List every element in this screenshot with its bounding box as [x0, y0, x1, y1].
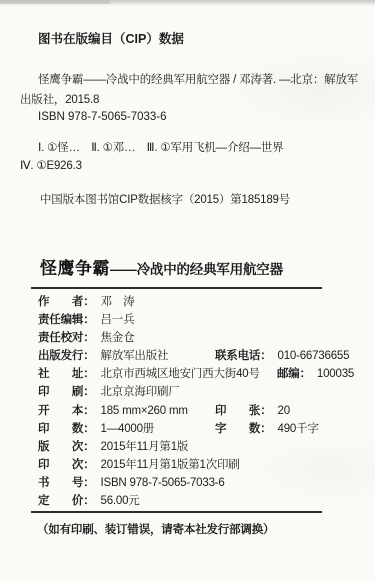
book-title-subtitle: ——冷战中的经典军用航空器 [110, 262, 283, 277]
field-label: 印 数： [38, 423, 95, 435]
divider-top [31, 287, 322, 289]
field-label: 字 数： [215, 423, 272, 435]
book-title: 怪鹰争霸——冷战中的经典军用航空器 [40, 254, 283, 279]
exchange-note: （如有印刷、装订错误，请寄本社发行部调换） [37, 521, 274, 537]
field-value: 100035 [317, 368, 354, 380]
field-label: 印 刷： [38, 386, 95, 398]
colophon-row-format: 开 本：185 mm×260 mm 印 张：20 [38, 402, 354, 420]
field-value: 490千字 [278, 423, 319, 435]
colophon-row-publisher: 出版发行：解放军出版社 联系电话：010-66736655 [38, 347, 354, 365]
field-label: 开 本： [38, 405, 95, 417]
colophon-row-proofreader: 责任校对：焦金仓 [38, 329, 354, 347]
field-label: 印 次： [38, 459, 95, 471]
field-label: 责任编辑： [38, 314, 95, 326]
field-label: 作 者： [38, 296, 95, 308]
field-label: 版 次： [38, 441, 95, 453]
divider-bottom [31, 511, 322, 513]
field-secondary: 邮编：100035 [277, 368, 354, 380]
field-value: 北京市西城区地安门西大街40号 [101, 368, 260, 380]
cip-record-number: 中国版本图书馆CIP数据核字（2015）第185189号 [40, 191, 290, 207]
cip-header: 图书在版编目（CIP）数据 [38, 29, 184, 47]
cip-entry-line2: 出版社，2015.8 [20, 91, 99, 107]
book-title-name: 怪鹰争霸 [40, 259, 110, 278]
field-value: 北京京海印刷厂 [101, 386, 180, 398]
field-secondary: 印 张：20 [215, 402, 290, 420]
field-secondary: 字 数：490千字 [215, 420, 319, 438]
field-label: 定 价： [38, 495, 95, 507]
field-value: 吕一兵 [101, 314, 135, 326]
colophon: 作 者：邓 涛 责任编辑：吕一兵 责任校对：焦金仓 出版发行：解放军出版社 联系… [38, 293, 354, 510]
field-label: 出版发行： [38, 350, 95, 362]
field-label: 责任校对： [38, 332, 95, 344]
field-secondary: 联系电话：010-66736655 [215, 347, 349, 365]
field-value: 2015年11月第1版第1次印刷 [101, 459, 240, 471]
colophon-row-address: 社 址：北京市西城区地安门西大街40号 邮编：100035 [38, 365, 354, 383]
scan-edge-shadow-left [0, 0, 110, 4]
field-label: 印 张： [215, 405, 272, 417]
colophon-row-author: 作 者：邓 涛 [38, 293, 354, 311]
colophon-row-edition: 版 次：2015年11月第1版 [38, 438, 354, 456]
field-value: 焦金仓 [101, 332, 135, 344]
field-label: 社 址： [38, 368, 95, 380]
colophon-row-print-run: 印 数：1—4000册 字 数：490千字 [38, 420, 354, 438]
field-value: 解放军出版社 [101, 350, 169, 362]
copyright-page: 图书在版编目（CIP）数据 怪鹰争霸——冷战中的经典军用航空器 / 邓涛著. —… [0, 0, 375, 581]
colophon-row-isbn: 书 号：ISBN 978-7-5065-7033-6 [38, 474, 354, 492]
field-value: 1—4000册 [101, 423, 155, 435]
field-value: ISBN 978-7-5065-7033-6 [101, 477, 225, 489]
colophon-row-impression: 印 次：2015年11月第1版第1次印刷 [38, 456, 354, 474]
field-value: 56.00元 [101, 495, 140, 507]
field-value: 20 [278, 405, 290, 417]
field-label: 书 号： [38, 477, 95, 489]
cip-classification-line2: Ⅳ. ①E926.3 [20, 158, 82, 172]
field-label: 联系电话： [215, 350, 272, 362]
field-label: 邮编： [277, 368, 311, 380]
field-value: 185 mm×260 mm [101, 405, 188, 417]
colophon-row-printer: 印 刷：北京京海印刷厂 [38, 383, 354, 401]
field-value: 邓 涛 [101, 296, 135, 308]
field-value: 010-66736655 [278, 350, 350, 362]
field-value: 2015年11月第1版 [101, 441, 189, 453]
cip-entry-line1: 怪鹰争霸——冷战中的经典军用航空器 / 邓涛著. —北京：解放军 [38, 71, 358, 87]
cip-classification-line1: Ⅰ. ①怪… Ⅱ. ①邓… Ⅲ. ①军用飞机—介绍—世界 [38, 139, 283, 155]
colophon-row-price: 定 价：56.00元 [38, 492, 354, 510]
colophon-row-editor: 责任编辑：吕一兵 [38, 311, 354, 329]
cip-isbn: ISBN 978-7-5065-7033-6 [38, 111, 167, 123]
